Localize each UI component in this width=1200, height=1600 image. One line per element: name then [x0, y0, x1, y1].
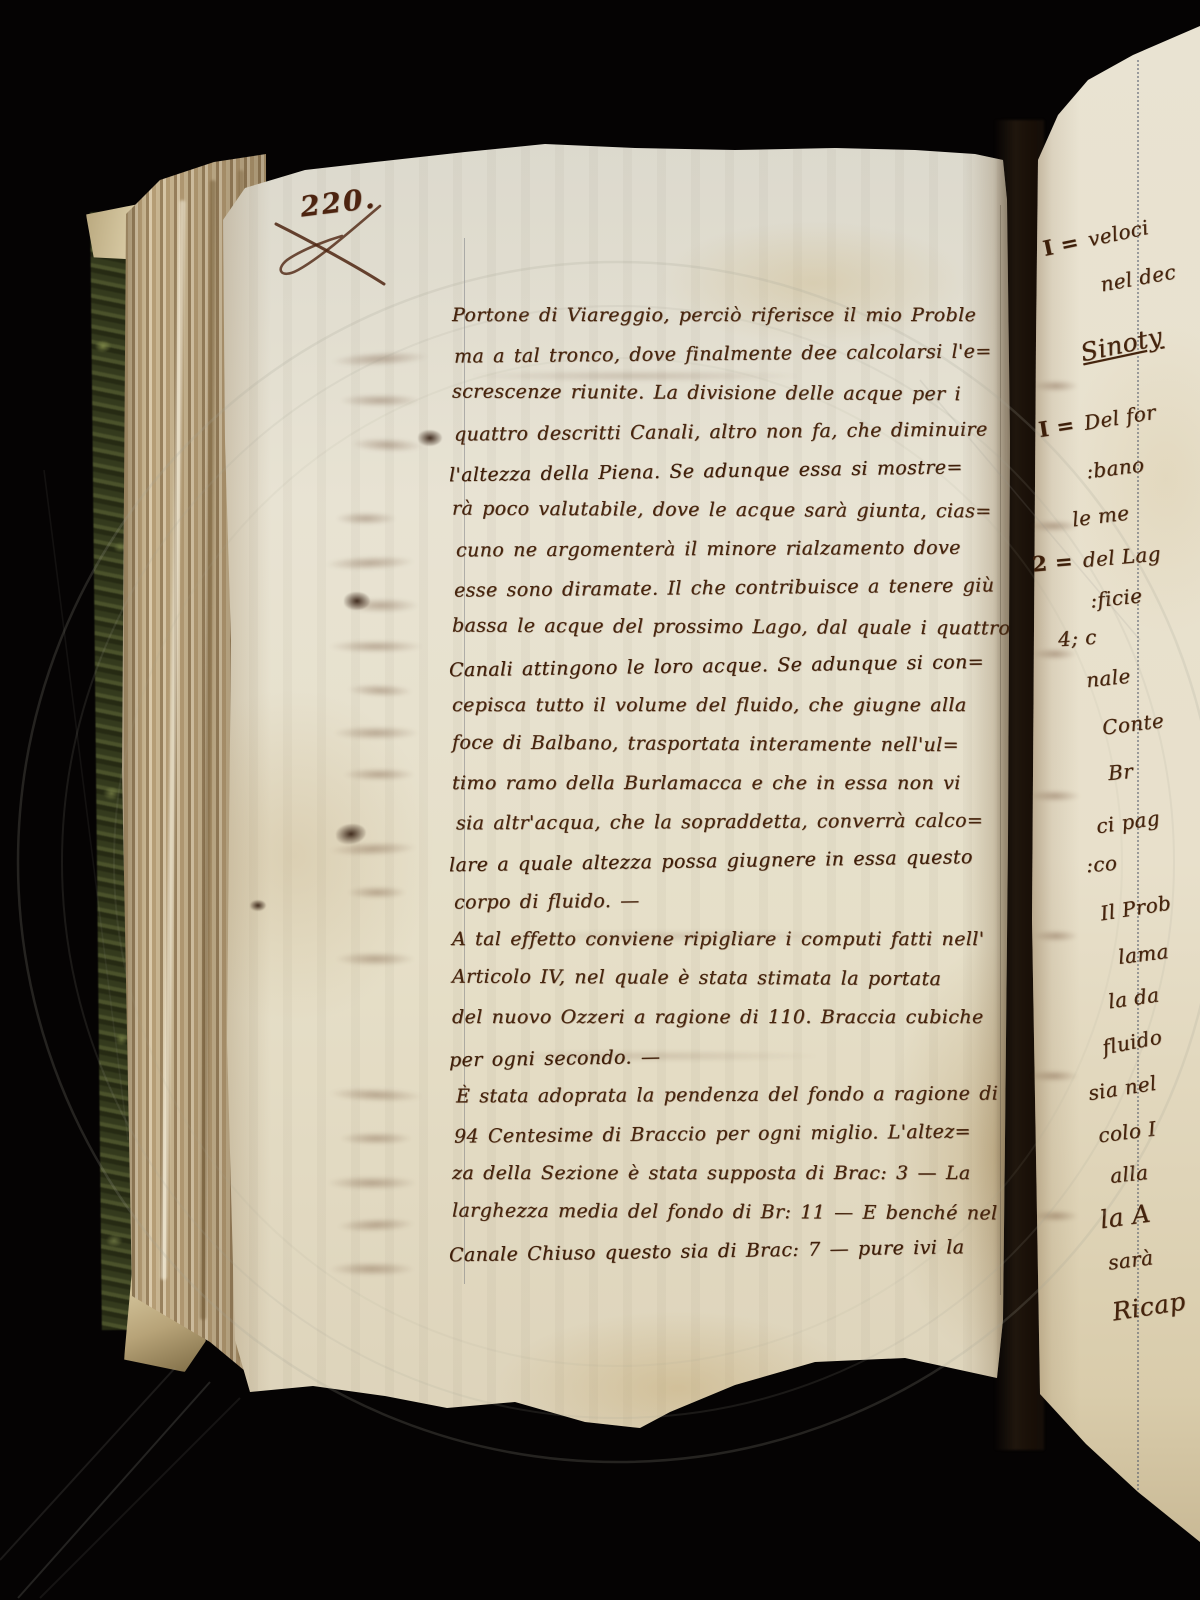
fragment-text: 4; c	[1057, 625, 1097, 652]
manuscript-line: cuno ne argomenterà il minore rialzament…	[456, 529, 1004, 571]
manuscript-line: sia altr'acqua, che la sopraddetta, conv…	[456, 802, 1004, 844]
manuscript-line: timo ramo della Burlamacca e che in essa…	[452, 764, 1000, 803]
fragment-text: alla	[1109, 1160, 1150, 1188]
manuscript-line: larghezza media del fondo di Br: 11 — E …	[452, 1192, 1000, 1234]
manuscript-line: Canale Chiuso questo sia di Brac: 7 — pu…	[449, 1228, 998, 1276]
manuscript-line: Portone di Viareggio, perciò riferisce i…	[452, 296, 1000, 335]
manuscript-line: del nuovo Ozzeri a ragione di 110. Bracc…	[452, 998, 1000, 1037]
formula-marker: 2 =	[1031, 548, 1074, 576]
manuscript-line: za della Sezione è stata supposta di Bra…	[452, 1154, 1000, 1193]
manuscript-text-block: Portone di Viareggio, perciò riferisce i…	[452, 296, 1000, 1271]
manuscript-line: l'altezza della Piena. Se adunque essa s…	[449, 448, 998, 496]
manuscript-line: corpo di fluido. —	[454, 878, 1002, 922]
page-number-flourish	[268, 196, 408, 296]
photo-of-open-manuscript: 220. Portone di Viareggio, perciò riferi…	[0, 0, 1200, 1600]
fragment-text: nale	[1085, 664, 1132, 693]
manuscript-line: Canali attingono le loro acque. Se adunq…	[449, 643, 998, 691]
manuscript-line: foce di Balbano, trasportata interamente…	[452, 724, 1000, 766]
manuscript-line: esse sono diramate. Il che contribuisce …	[454, 566, 1002, 610]
manuscript-line: rà poco valutabile, dove le acque sarà g…	[452, 490, 1000, 532]
manuscript-line: Articolo IV, nel quale è stata stimata l…	[452, 958, 1000, 1000]
fragment-text: :co	[1085, 851, 1118, 878]
manuscript-line: bassa le acque del prossimo Lago, dal qu…	[452, 607, 1000, 649]
fragment-text: Br	[1107, 759, 1134, 785]
manuscript-line: 94 Centesime di Braccio per ogni miglio.…	[454, 1112, 1002, 1156]
manuscript-line: È stata adoprata la pendenza del fondo a…	[456, 1075, 1004, 1117]
manuscript-line: ma a tal tronco, dove finalmente dee cal…	[454, 332, 1002, 376]
manuscript-line: cepisca tutto il volume del fluido, che …	[452, 686, 1000, 725]
